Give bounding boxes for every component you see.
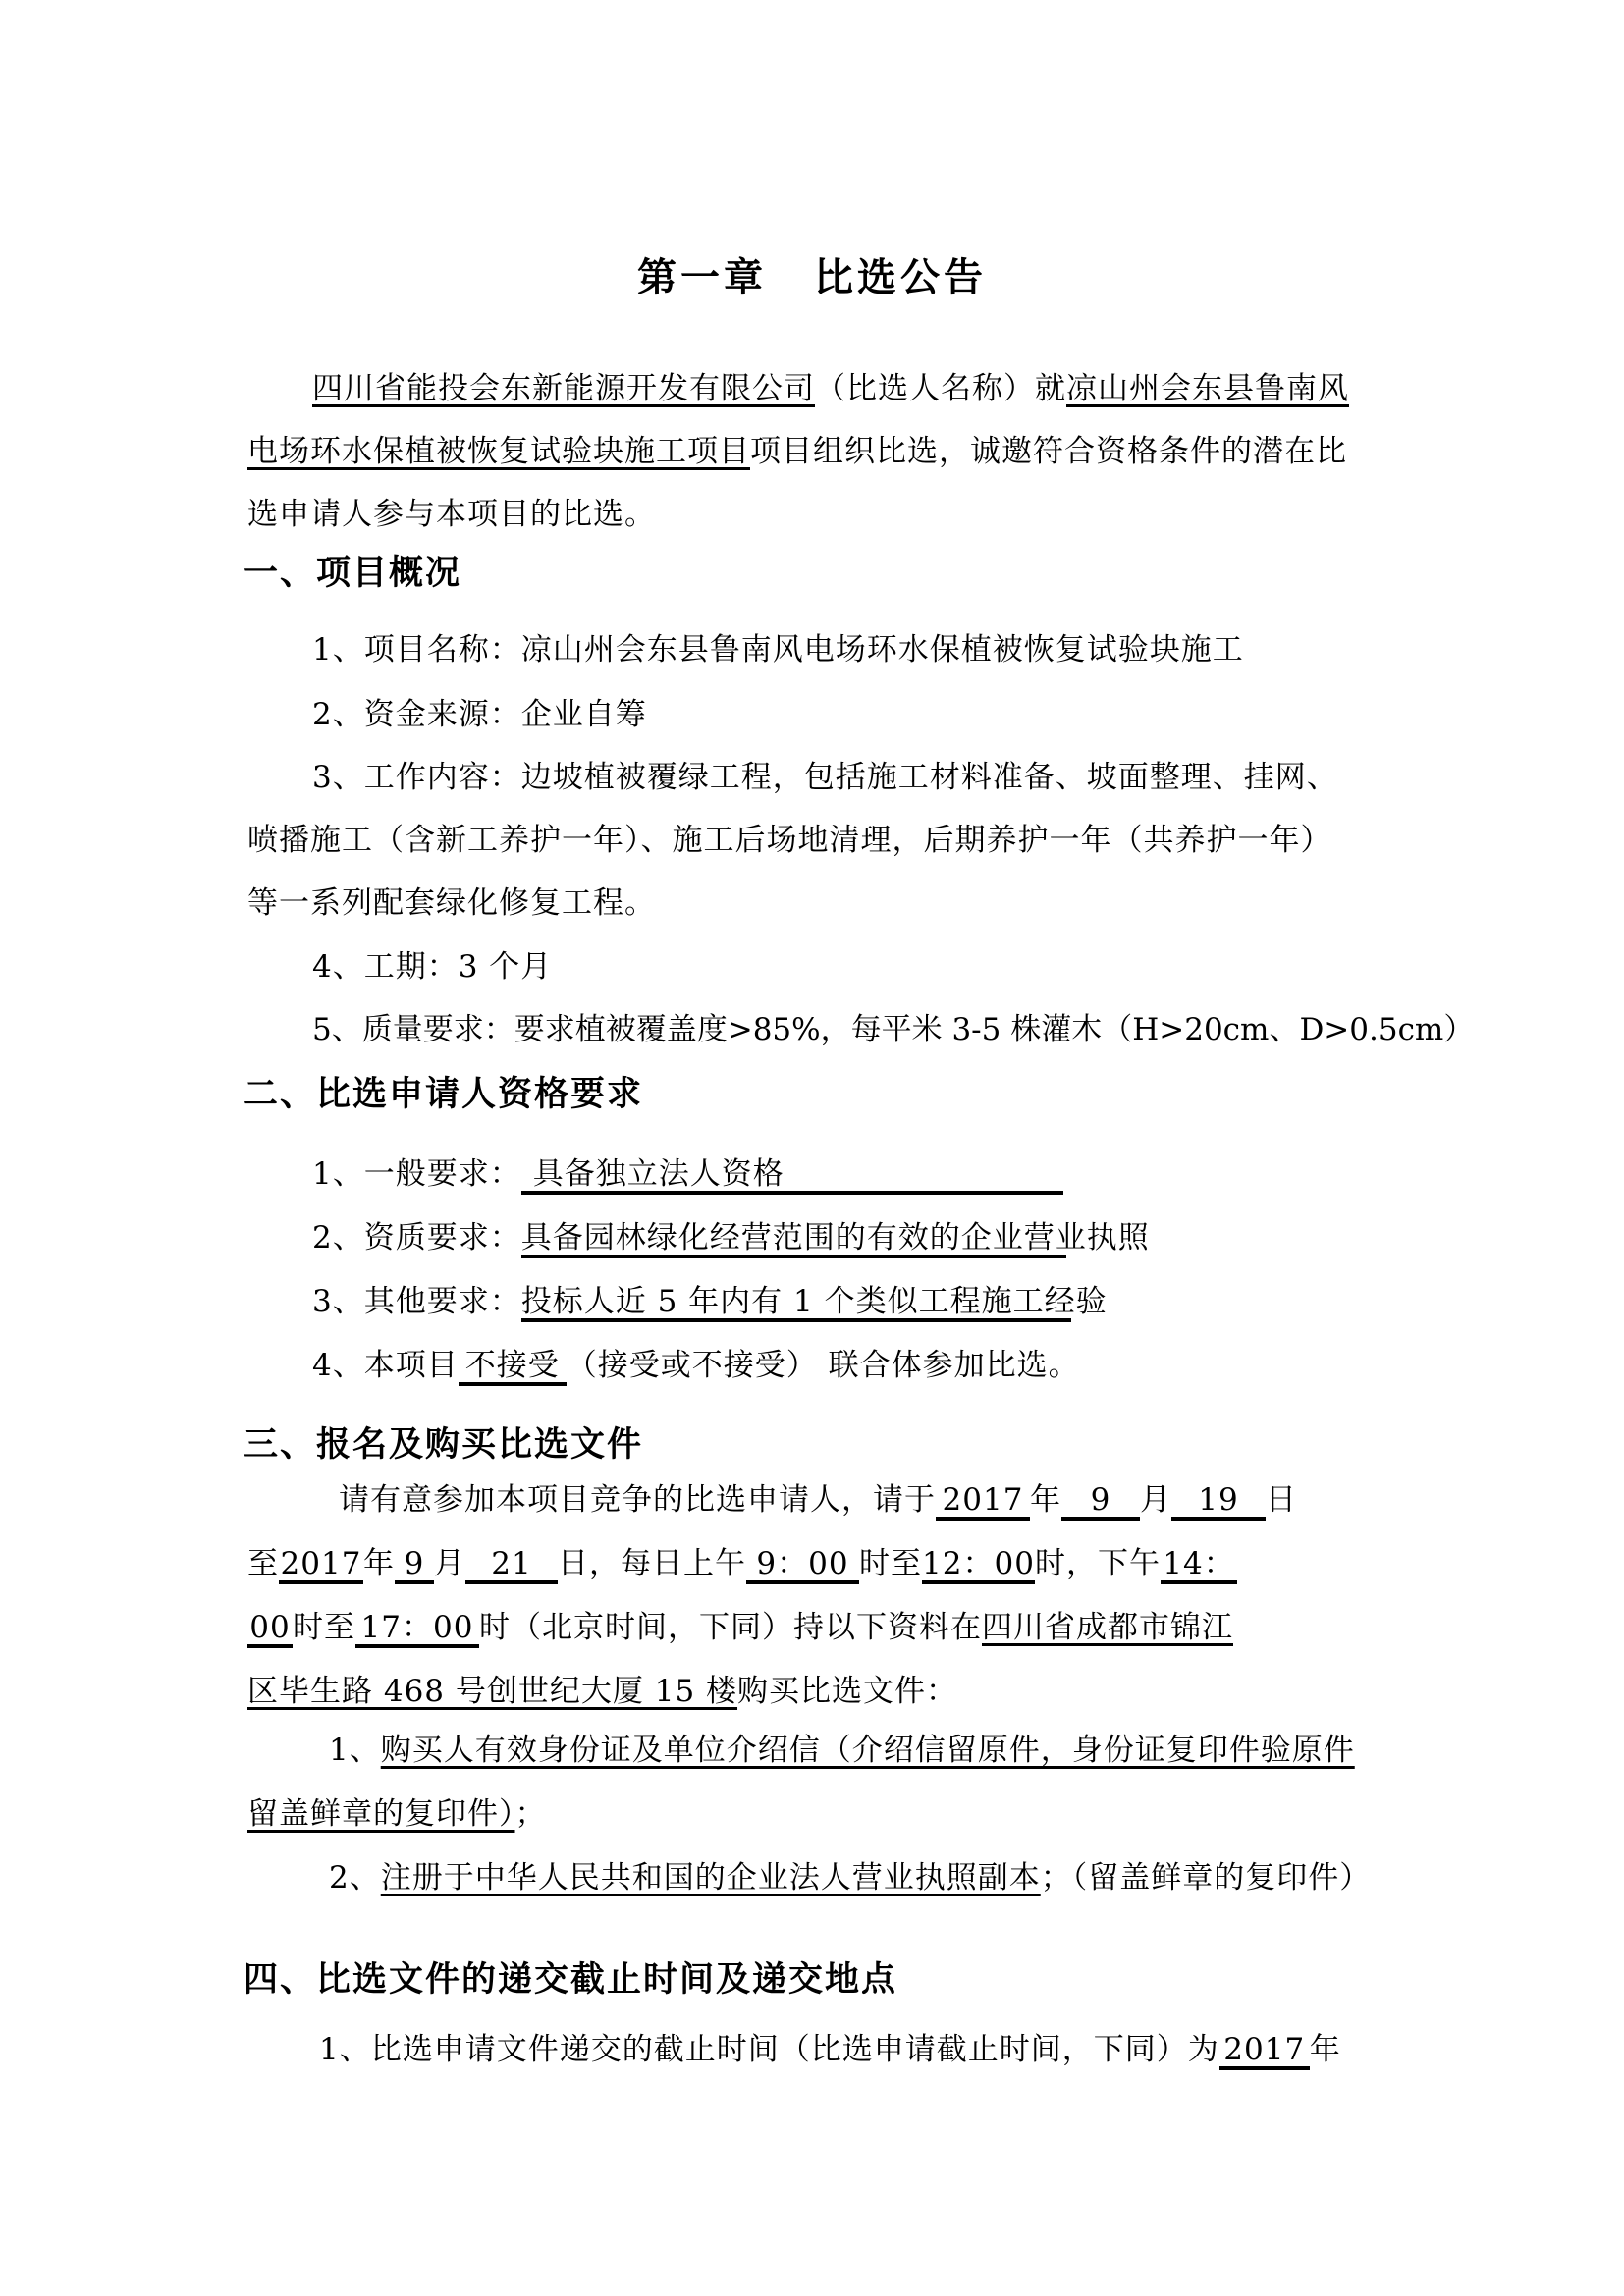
deadline-line-1: 1、比选申请文件递交的截止时间（比选申请截止时间，下同）为2017年 [319,2030,1458,2070]
bidder-hint: （比选人名称）就 [815,371,1066,406]
bidder-company: 四川省能投会东新能源开发有限公司 [312,371,815,406]
qualification-label: 2、资质要求： [312,1220,521,1255]
pm-start-cont: 00 [247,1611,293,1648]
address-part2: 区毕生路 468 号创世纪大厦 15 楼 [247,1674,737,1709]
project-name-part1: 凉山州会东县鲁南风 [1066,371,1349,406]
other-label: 3、其他要求： [312,1284,521,1319]
registration-req-2: 2、注册于中华人民共和国的企业法人营业执照副本；（留盖鲜章的复印件） [329,1858,1468,1897]
intro-line-2: 电场环水保植被恢复试验块施工项目项目组织比选，诚邀符合资格条件的潜在比 [247,432,1386,471]
chapter-number: 第一章 [637,255,767,300]
year-char: 年 [1030,1482,1061,1518]
registration-line-2: 至2017年9月21日，每日上午9：00时至12：00时，下午14： [247,1544,1386,1584]
year-char: 年 [1310,2032,1341,2067]
section-heading-overview: 一、项目概况 [244,552,461,595]
start-month: 9 [1061,1483,1140,1521]
section-heading-deadline: 四、比选文件的递交截止时间及递交地点 [244,1958,897,2002]
year-char: 年 [363,1546,395,1581]
registration-intro: 请有意参加本项目竞争的比选申请人，请于 [339,1482,936,1518]
document-page: 第一章比选公告 四川省能投会东新能源开发有限公司（比选人名称）就凉山州会东县鲁南… [0,0,1624,2296]
consortium-value: 不接受 [459,1349,567,1386]
overview-item-work-content-end: 等一系列配套绿化修复工程。 [247,883,1386,923]
day-char: 日 [1266,1482,1297,1518]
registration-line-3: 00时至17：00时（北京时间，下同）持以下资料在四川省成都市锦江 [247,1608,1386,1648]
to-char: 至 [247,1546,279,1581]
hour-to: 时至 [859,1546,922,1581]
overview-item-quality: 5、质量要求：要求植被覆盖度>85%，每平米 3-5 株灌木（H>20cm、D>… [312,1010,1451,1049]
qualification-license: 2、资质要求：具备园林绿化经营范围的有效的企业营业执照 [312,1218,1451,1258]
deadline-year: 2017 [1219,2033,1310,2070]
registration-line-1: 请有意参加本项目竞争的比选申请人，请于2017年9月19日 [339,1480,1478,1521]
section-heading-qualifications: 二、比选申请人资格要求 [244,1073,643,1116]
intro-line-3: 选申请人参与本项目的比选。 [247,495,1386,534]
req1-text-cont: 留盖鲜章的复印件） [247,1796,515,1832]
req1-end: ； [515,1796,547,1832]
section-heading-registration: 三、报名及购买比选文件 [244,1423,643,1467]
qualification-other: 3、其他要求：投标人近 5 年内有 1 个类似工程施工经验 [312,1282,1451,1322]
daily-am: 日，每日上午 [558,1546,746,1581]
am-start: 9：00 [746,1547,859,1584]
qualification-value: 具备园林绿化经营范围的有效的企业营业执照 [521,1221,1066,1258]
hour-to: 时至 [293,1610,355,1645]
pm-start: 14： [1161,1547,1237,1584]
registration-req-1-cont: 留盖鲜章的复印件）； [247,1794,1386,1834]
am-end: 12：00 [922,1547,1035,1584]
chapter-title: 第一章比选公告 [0,253,1624,302]
req1-num: 1、 [329,1733,381,1768]
registration-req-1: 1、购买人有效身份证及单位介绍信（介绍信留原件，身份证复印件验原件 [329,1731,1468,1770]
req2-text: 注册于中华人民共和国的企业法人营业执照副本 [381,1860,1041,1896]
registration-line-4: 区毕生路 468 号创世纪大厦 15 楼购买比选文件： [247,1672,1386,1711]
overview-item-duration: 4、工期：3 个月 [312,947,1451,987]
req2-end: ；（留盖鲜章的复印件） [1041,1860,1372,1896]
end-year: 2017 [279,1547,363,1584]
end-month: 9 [395,1547,434,1584]
address-part1: 四川省成都市锦江 [982,1610,1233,1645]
general-value: 具备独立法人资格 [521,1157,1063,1195]
req2-num: 2、 [329,1860,381,1896]
intro-text-end: 选申请人参与本项目的比选。 [247,497,656,532]
project-name-part2: 电场环水保植被恢复试验块施工项目 [247,434,750,469]
qualification-consortium: 4、本项目不接受（接受或不接受） 联合体参加比选。 [312,1346,1451,1386]
overview-item-project-name: 1、项目名称：凉山州会东县鲁南风电场环水保植被恢复试验块施工 [312,630,1451,669]
req1-text: 购买人有效身份证及单位介绍信（介绍信留原件，身份证复印件验原件 [381,1733,1355,1768]
start-year: 2017 [936,1483,1030,1521]
consortium-suffix: （接受或不接受） 联合体参加比选。 [567,1348,1080,1383]
general-label: 1、一般要求： [312,1156,521,1192]
overview-item-work-content-cont: 喷播施工（含新工养护一年）、施工后场地清理，后期养护一年（共养护一年） [247,821,1386,860]
overview-item-work-content: 3、工作内容：边坡植被覆绿工程，包括施工材料准备、坡面整理、挂网、 [312,758,1451,797]
end-day: 21 [465,1547,558,1584]
deadline-intro: 1、比选申请文件递交的截止时间（比选申请截止时间，下同）为 [319,2032,1219,2067]
month-char: 月 [434,1546,465,1581]
qualification-general: 1、一般要求：具备独立法人资格 [312,1154,1451,1195]
overview-item-funding: 2、资金来源：企业自筹 [312,695,1451,734]
pm-end: 17：00 [355,1611,479,1648]
month-char: 月 [1140,1482,1171,1518]
start-day: 19 [1171,1483,1266,1521]
consortium-prefix: 4、本项目 [312,1348,459,1383]
chapter-name: 比选公告 [814,255,987,300]
other-value: 投标人近 5 年内有 1 个类似工程施工经验 [521,1285,1071,1322]
intro-text: 项目组织比选，诚邀符合资格条件的潜在比 [750,434,1347,469]
intro-line-1: 四川省能投会东新能源开发有限公司（比选人名称）就凉山州会东县鲁南风 [312,369,1451,408]
pm-label: 时，下午 [1035,1546,1161,1581]
beijing-note: 时（北京时间，下同）持以下资料在 [479,1610,982,1645]
buy-docs: 购买比选文件： [737,1674,957,1709]
